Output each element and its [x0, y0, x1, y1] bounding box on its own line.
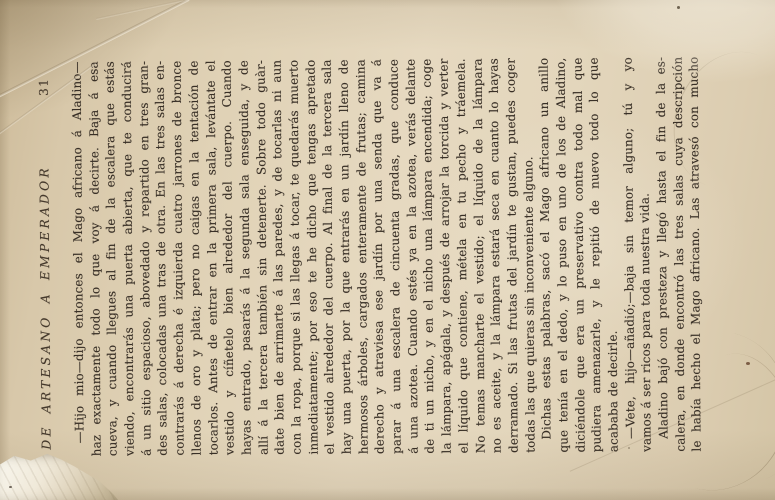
text-line: derramado. Si las frutas del jardín te g… — [502, 58, 522, 453]
text-line: le había hecho el Mago africano. Las atr… — [686, 56, 706, 451]
page-text: —Hijo mio—dijo entonces el Mago africano… — [69, 56, 706, 456]
page-number: 31 — [37, 78, 51, 96]
running-header: DE ARTESANO A EMPERADOR 31 — [37, 78, 54, 450]
rotated-page-content: DE ARTESANO A EMPERADOR 31 —Hijo mio—dij… — [0, 0, 775, 500]
running-header-title: DE ARTESANO A EMPERADOR — [37, 165, 53, 450]
text-line: pudiera amenazarle, y le repitió de nuev… — [586, 57, 606, 452]
scanned-book-page: DE ARTESANO A EMPERADOR 31 —Hijo mio—dij… — [0, 0, 775, 500]
